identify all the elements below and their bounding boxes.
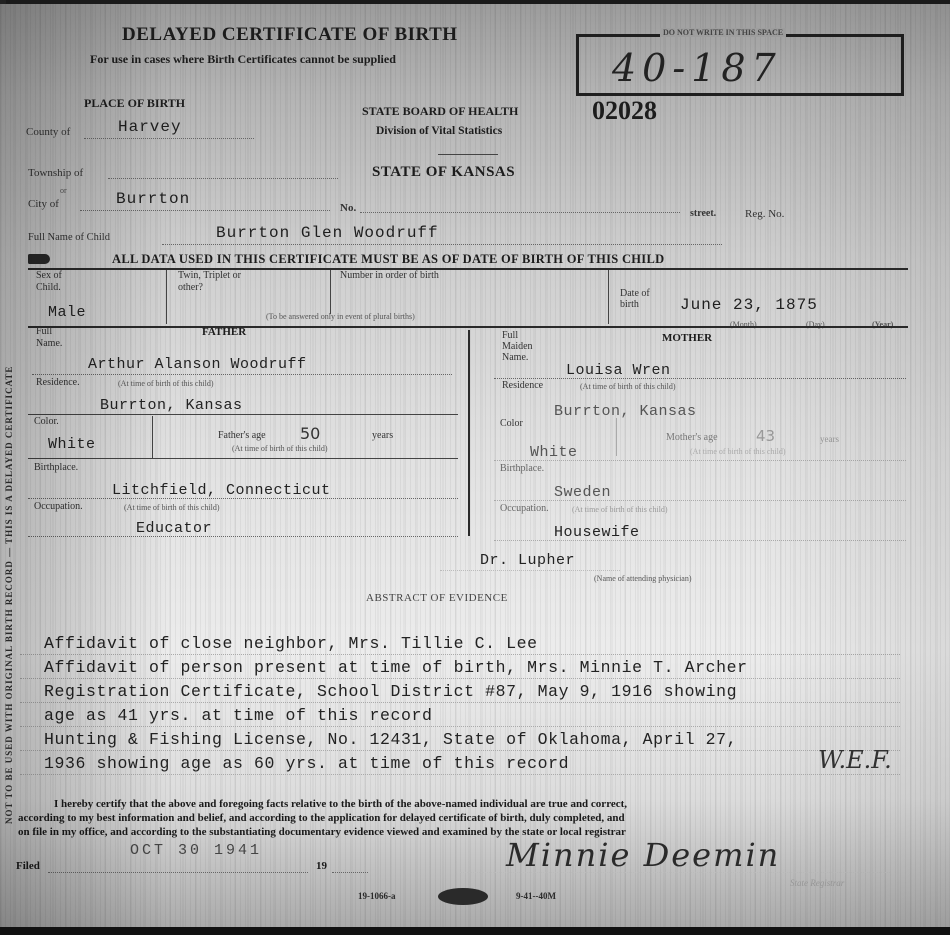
certification-line-2: according to my best information and bel…: [18, 812, 625, 824]
father-color-value: White: [48, 436, 96, 453]
or-label: or: [60, 186, 67, 195]
birth-certificate-document: NOT TO BE USED WITH ORIGINAL BIRTH RECOR…: [0, 4, 950, 928]
father-residence-note: (At time of birth of this child): [118, 379, 214, 388]
mother-age-label: Mother's age: [666, 432, 718, 443]
mother-birthplace-value: Sweden: [554, 484, 611, 501]
father-color-label: Color.: [34, 416, 59, 427]
filed-year-line: [332, 872, 368, 873]
city-value: Burrton: [116, 190, 190, 208]
dob-label: Date of birth: [620, 288, 664, 310]
divider: [28, 414, 458, 415]
county-value: Harvey: [118, 118, 182, 136]
father-birthplace-value: Litchfield, Connecticut: [112, 482, 331, 499]
mother-residence-value: Burrton, Kansas: [554, 403, 697, 420]
filed-year-label: 19: [316, 860, 327, 872]
county-line: [84, 138, 254, 139]
father-occupation-label: Occupation.: [34, 501, 83, 512]
column-divider: [468, 330, 470, 536]
father-years-label: years: [372, 430, 393, 441]
registration-number-handwritten: 40-187: [612, 46, 782, 90]
physician-line: [440, 570, 620, 571]
dob-value: June 23, 1875: [680, 296, 818, 314]
division-name: Division of Vital Statistics: [376, 125, 502, 137]
mother-years-label: years: [820, 434, 839, 444]
mother-name-value: Louisa Wren: [566, 362, 671, 379]
child-name-label: Full Name of Child: [28, 232, 110, 243]
registrar-signature: Minnie Deemin: [506, 836, 780, 874]
plural-births-note: (To be answered only in event of plural …: [266, 312, 415, 321]
mother-color-label: Color: [500, 418, 523, 429]
evidence-line: Hunting & Fishing License, No. 12431, St…: [44, 730, 737, 749]
father-name-line: [32, 374, 452, 375]
filed-label: Filed: [16, 860, 40, 872]
state-name: STATE OF KANSAS: [372, 164, 515, 181]
mother-occupation-note: (At time of birth of this child): [572, 505, 668, 514]
evidence-rule: [20, 702, 900, 703]
physician-name-value: Dr. Lupher: [480, 552, 575, 569]
registrar-label: State Registrar: [790, 878, 844, 888]
printer-union-seal-icon: [438, 888, 488, 905]
mother-occupation-value: Housewife: [554, 524, 640, 541]
signature-line: [460, 872, 890, 873]
divider: [616, 418, 617, 456]
evidence-line: age as 41 yrs. at time of this record: [44, 706, 433, 725]
father-occupation-value: Educator: [136, 520, 212, 537]
agency-name: STATE BOARD OF HEALTH: [362, 104, 518, 119]
do-not-write-label: DO NOT WRITE IN THIS SPACE: [660, 28, 786, 37]
registrar-initials: W.E.F.: [818, 746, 892, 774]
father-residence-value: Burrton, Kansas: [100, 397, 243, 414]
mother-name-label: Full Maiden Name.: [502, 330, 542, 363]
mother-age-note: (At time of birth of this child): [690, 447, 786, 456]
county-label: County of: [26, 126, 70, 138]
place-of-birth-heading: PLACE OF BIRTH: [84, 96, 185, 111]
father-name-value: Arthur Alanson Woodruff: [88, 356, 307, 373]
filed-line: [48, 872, 308, 873]
street-number-label: No.: [340, 202, 356, 214]
reg-no-label: Reg. No.: [745, 208, 784, 220]
mother-occupation-label: Occupation.: [500, 503, 549, 514]
mother-color-line: [494, 460, 906, 461]
document-title: DELAYED CERTIFICATE OF BIRTH: [122, 24, 458, 46]
father-occupation-note: (At time of birth of this child): [124, 503, 220, 512]
sex-value: Male: [48, 304, 86, 321]
data-notice: ALL DATA USED IN THIS CERTIFICATE MUST B…: [112, 252, 664, 267]
divider: [608, 270, 609, 324]
scan-bottom-edge: [0, 927, 950, 935]
mother-age-value: 43: [756, 427, 775, 445]
divider: [438, 154, 498, 155]
evidence-rule: [20, 726, 900, 727]
father-occupation-line: [28, 536, 458, 537]
city-label: City of: [28, 198, 59, 210]
print-code: 9-41--40M: [516, 891, 556, 901]
evidence-rule: [20, 774, 900, 775]
father-residence-label: Residence.: [36, 377, 80, 388]
filed-date-stamp: OCT 30 1941: [130, 842, 262, 859]
document-subtitle: For use in cases where Birth Certificate…: [90, 52, 396, 67]
divider: [166, 270, 167, 324]
father-age-note: (At time of birth of this child): [232, 444, 328, 453]
father-heading: FATHER: [202, 326, 246, 338]
mother-birthplace-line: [494, 500, 906, 501]
divider: [330, 270, 331, 314]
city-line: [80, 210, 330, 211]
birth-order-label: Number in order of birth: [340, 270, 450, 282]
street-label: street.: [690, 208, 716, 219]
mother-residence-label: Residence: [502, 380, 543, 391]
child-name-value: Burrton Glen Woodruff: [216, 224, 439, 242]
township-label: Township of: [28, 167, 83, 179]
mother-heading: MOTHER: [662, 332, 712, 344]
section-rule: [28, 326, 908, 328]
evidence-rule: [20, 678, 900, 679]
street-line: [360, 212, 680, 213]
evidence-line: Affidavit of person present at time of b…: [44, 658, 748, 677]
twin-label: Twin, Triplet or other?: [178, 270, 268, 294]
margin-note: NOT TO BE USED WITH ORIGINAL BIRTH RECOR…: [4, 366, 14, 824]
evidence-line: Registration Certificate, School Distric…: [44, 682, 737, 701]
divider: [28, 458, 458, 459]
sex-label: Sex of Child.: [36, 270, 86, 294]
child-name-line: [162, 244, 722, 245]
township-line: [108, 178, 338, 179]
form-number: 19-1066-a: [358, 891, 396, 901]
certificate-number: 02028: [592, 96, 657, 126]
father-name-label: Full Name.: [36, 326, 70, 350]
certification-line-1: I hereby certify that the above and fore…: [54, 798, 627, 810]
mother-name-line: [494, 378, 906, 379]
mother-color-value: White: [530, 444, 578, 461]
father-age-label: Father's age: [218, 430, 266, 441]
father-birthplace-label: Birthplace.: [34, 462, 78, 473]
mother-birthplace-label: Birthplace.: [500, 463, 544, 474]
evidence-line: 1936 showing age as 60 yrs. at time of t…: [44, 754, 569, 773]
mother-occupation-line: [494, 540, 906, 541]
father-age-value: 50: [300, 424, 320, 443]
pointing-hand-icon: [28, 254, 50, 264]
evidence-heading: ABSTRACT OF EVIDENCE: [366, 592, 508, 604]
father-birthplace-line: [28, 498, 458, 499]
evidence-rule: [20, 654, 900, 655]
evidence-line: Affidavit of close neighbor, Mrs. Tillie…: [44, 634, 538, 653]
mother-residence-note: (At time of birth of this child): [580, 382, 676, 391]
physician-label: (Name of attending physician): [594, 574, 692, 583]
divider: [152, 416, 153, 458]
notice-rule: [28, 268, 908, 270]
evidence-rule: [20, 750, 900, 751]
